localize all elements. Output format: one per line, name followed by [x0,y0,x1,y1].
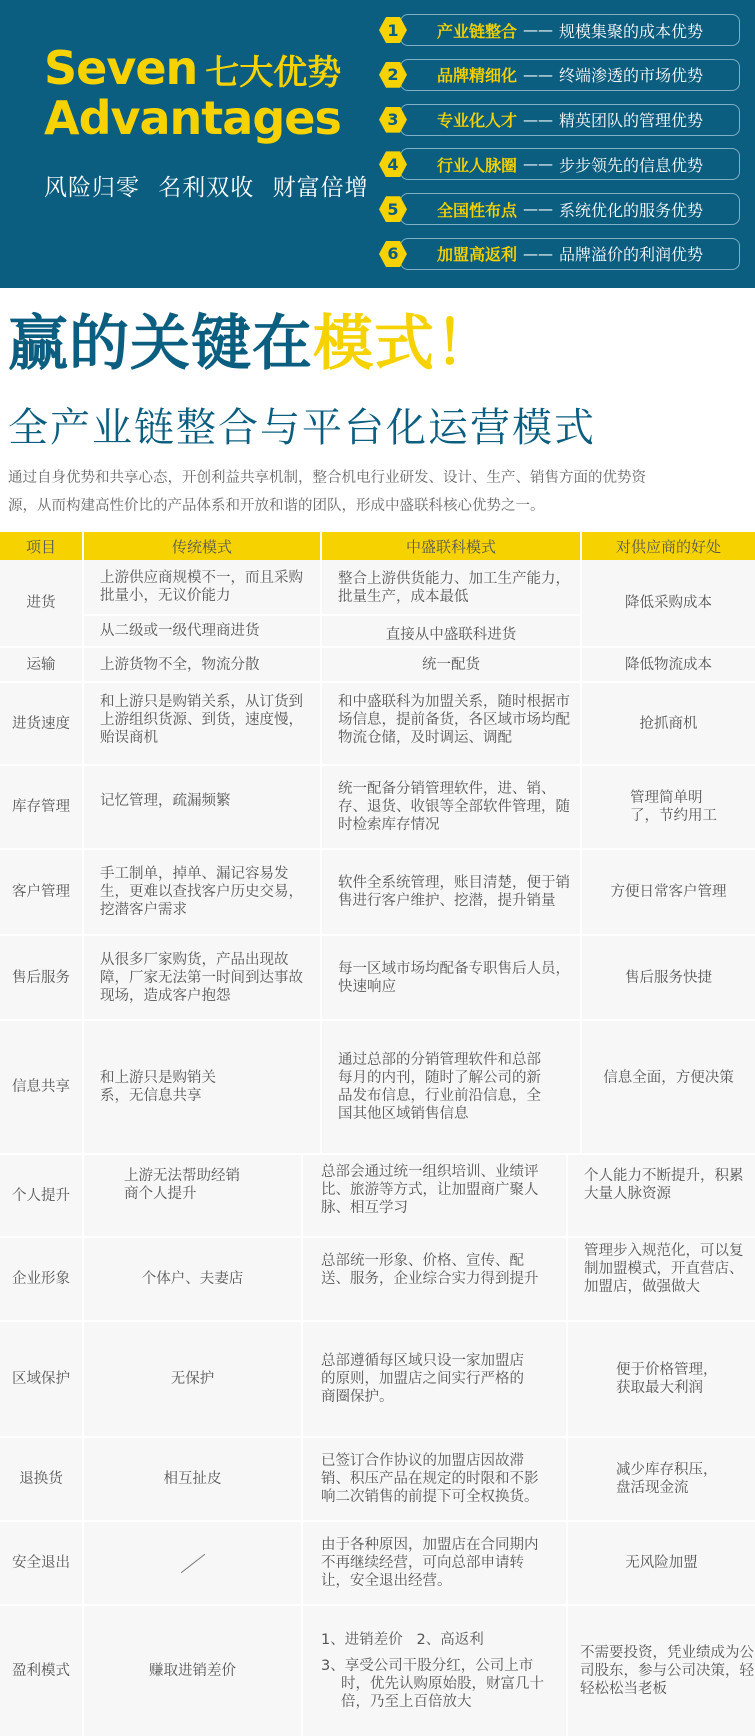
table-row-item: 退换货 [0,1438,84,1522]
table-cell-traditional: 相互扯皮 [84,1438,303,1522]
table-cell-benefit: 管理简单明了，节约用工 [582,766,755,850]
table-cell-benefit: 售后服务快捷 [582,936,755,1021]
table-header-benefit: 对供应商的好处 [582,532,755,560]
hexagon-number-badge: 2 [379,62,407,88]
hero-title-en-advantages: Advantages [44,93,369,143]
hero-banner: Seven 七大优势 Advantages 风险归零 名利双收 财富倍增 1 产… [0,0,755,288]
table-cell-traditional: 和上游只是购销关系，从订货到上游组织货源、到货，速度慢，贻误商机 [84,683,322,766]
table-cell-zhongsheng: 已签订合作协议的加盟店因故滞销、积压产品在规定的时限和不影响二次销售的前提下可全… [303,1438,568,1522]
hexagon-number-badge: 3 [379,107,407,133]
table-cell-traditional: 无保护 [84,1322,303,1438]
dash-separator: —— [523,155,553,173]
table-cell-zhongsheng: 总部遵循每区域只设一家加盟店的原则，加盟店之间实行严格的商圈保护。 [303,1322,568,1438]
advantage-title: 加盟高返利 [437,242,517,265]
table-row-item: 客户管理 [0,850,84,936]
advantage-desc: 终端渗透的市场优势 [559,63,703,86]
advantage-item: 4 行业人脉圈 —— 步步领先的信息优势 [400,148,740,180]
hero-title-en-seven: Seven [44,44,197,92]
table-row-item: 盈利模式 [0,1606,84,1736]
advantage-item: 6 加盟高返利 —— 品牌溢价的利润优势 [400,238,740,270]
table-row-item: 运输 [0,648,84,683]
headline-part-teal: 赢的关键在 [8,309,313,379]
advantage-desc: 系统优化的服务优势 [559,198,703,221]
table-header-zhongsheng: 中盛联科模式 [322,532,582,560]
table-row-item: 信息共享 [0,1021,84,1155]
advantage-title: 专业化人才 [437,108,517,131]
table-cell-traditional: 从很多厂家购货，产品出现故障，厂家无法第一时间到达事故现场，造成客户抱怨 [84,936,322,1021]
advantage-desc: 规模集聚的成本优势 [559,19,703,42]
comparison-table: 项目 传统模式 中盛联科模式 对供应商的好处 进货 上游供应商规模不一，而且采购… [0,532,755,1736]
dash-separator: —— [523,66,553,84]
slash-mark-icon [180,1553,204,1572]
headline-section: 赢的关键在模式！ 全产业链整合与平台化运营模式 通过自身优势和共享心态，开创利益… [0,288,755,532]
hexagon-number-badge: 5 [379,196,407,222]
intro-paragraph: 通过自身优势和共享心态，开创利益共享机制，整合机电行业研发、设计、生产、销售方面… [8,464,648,520]
table-cell-zhongsheng: 总部统一形象、价格、宣传、配送、服务，企业综合实力得到提升 [303,1238,568,1322]
hero-title-block: Seven 七大优势 Advantages 风险归零 名利双收 财富倍增 [44,44,369,202]
table-cell-benefit: 不需要投资，凭业绩成为公司股东，参与公司决策，轻轻松松当老板 [568,1606,755,1736]
table-cell-zhongsheng: 总部会通过统一组织培训、业绩评比、旅游等方式，让加盟商广聚人脉、相互学习 [303,1155,568,1238]
table-row-item: 企业形象 [0,1238,84,1322]
advantage-item: 1 产业链整合 —— 规模集聚的成本优势 [400,14,740,46]
advantage-item: 5 全国性布点 —— 系统优化的服务优势 [400,193,740,225]
main-headline: 赢的关键在模式！ [8,308,496,380]
table-cell-zhongsheng: 和中盛联科为加盟关系，随时根据市场信息，提前备货，各区域市场均配物流仓储，及时调… [322,683,582,766]
table-cell-benefit: 管理步入规范化，可以复制加盟模式，开直营店、加盟店，做强做大 [568,1238,755,1322]
headline-part-yellow: 模式！ [313,309,496,379]
table-cell-zhongsheng: 通过总部的分销管理软件和总部每月的内刊，随时了解公司的新品发布信息，行业前沿信息… [322,1021,582,1155]
table-cell-benefit: 便于价格管理，获取最大利润 [568,1322,755,1438]
table-row-item: 进货速度 [0,683,84,766]
table-header-item: 项目 [0,532,84,560]
advantage-item: 3 专业化人才 —— 精英团队的管理优势 [400,104,740,136]
table-cell-benefit: 减少库存积压，盘活现金流 [568,1438,755,1522]
table-cell-zhongsheng: 由于各种原因，加盟店在合同期内不再继续经营，可向总部申请转让，安全退出经营。 [303,1522,568,1606]
table-cell-benefit: 抢抓商机 [582,683,755,766]
advantage-title: 品牌精细化 [437,63,517,86]
table-cell-traditional: 个体户、夫妻店 [84,1238,303,1322]
table-cell-traditional: 上游无法帮助经销商个人提升 [84,1155,303,1238]
table-header-traditional: 传统模式 [84,532,322,560]
table-cell-benefit: 个人能力不断提升，积累大量人脉资源 [568,1155,755,1238]
table-cell-traditional: 手工制单，掉单、漏记容易发生，更难以查找客户历史交易，挖潜客户需求 [84,850,322,936]
dash-separator: —— [523,111,553,129]
table-cell-zhongsheng: 统一配备分销管理软件，进、销、存、退货、收银等全部软件管理，随时检索库存情况 [322,766,582,850]
table-row-item: 个人提升 [0,1155,84,1238]
table-cell-zhongsheng: 1、进销差价 2、高返利 3、享受公司干股分红，公司上市时，优先认购原始股，财富… [303,1606,568,1736]
advantage-desc: 步步领先的信息优势 [559,153,703,176]
table-row-item: 区域保护 [0,1322,84,1438]
hero-title-line1: Seven 七大优势 [44,44,369,93]
table-cell-traditional: 赚取进销差价 [84,1606,303,1736]
hexagon-number-badge: 4 [379,151,407,177]
table-cell-benefit: 降低采购成本 [582,560,755,648]
table-cell-zhongsheng: 每一区域市场均配备专职售后人员，快速响应 [322,936,582,1021]
hero-slogan: 风险归零 名利双收 财富倍增 [44,169,369,202]
table-cell-traditional: 和上游只是购销关系，无信息共享 [84,1021,322,1155]
advantage-desc: 精英团队的管理优势 [559,108,703,131]
table-cell-traditional: 从二级或一级代理商进货 [84,616,322,648]
hero-title-cn: 七大优势 [205,53,341,93]
dash-separator: —— [523,21,553,39]
advantage-title: 全国性布点 [437,198,517,221]
table-cell-traditional: 记忆管理，疏漏频繁 [84,766,322,850]
table-cell-traditional: 上游货物不全，物流分散 [84,648,322,683]
table-cell-zhongsheng: 整合上游供货能力、加工生产能力，批量生产，成本最低 [322,560,582,616]
advantage-title: 行业人脉圈 [437,153,517,176]
advantages-list: 1 产业链整合 —— 规模集聚的成本优势 2 品牌精细化 —— 终端渗透的市场优… [384,14,740,283]
advantage-item: 2 品牌精细化 —— 终端渗透的市场优势 [400,59,740,91]
profit-line-1: 1、进销差价 2、高返利 [321,1631,484,1649]
table-cell-zhongsheng: 直接从中盛联科进货 [322,616,582,648]
hexagon-number-badge: 1 [379,17,407,43]
dash-separator: —— [523,200,553,218]
table-cell-traditional: 上游供应商规模不一，而且采购批量小，无议价能力 [84,560,322,616]
table-cell-traditional [84,1522,303,1606]
advantage-title: 产业链整合 [437,19,517,42]
table-row-item: 售后服务 [0,936,84,1021]
dash-separator: —— [523,245,553,263]
profit-line-2: 3、享受公司干股分红，公司上市时，优先认购原始股，财富几十倍，乃至上百倍放大 [321,1657,548,1711]
table-cell-benefit: 无风险加盟 [568,1522,755,1606]
sub-headline: 全产业链整合与平台化运营模式 [8,396,596,453]
advantage-desc: 品牌溢价的利润优势 [559,242,703,265]
table-row-item: 库存管理 [0,766,84,850]
table-cell-zhongsheng: 软件全系统管理，账目清楚，便于销售进行客户维护、挖潜，提升销量 [322,850,582,936]
table-cell-benefit: 信息全面，方便决策 [582,1021,755,1155]
hexagon-number-badge: 6 [379,241,407,267]
table-cell-benefit: 方便日常客户管理 [582,850,755,936]
table-row-item: 进货 [0,560,84,648]
table-cell-benefit: 降低物流成本 [582,648,755,683]
table-row-item: 安全退出 [0,1522,84,1606]
table-cell-zhongsheng: 统一配货 [322,648,582,683]
